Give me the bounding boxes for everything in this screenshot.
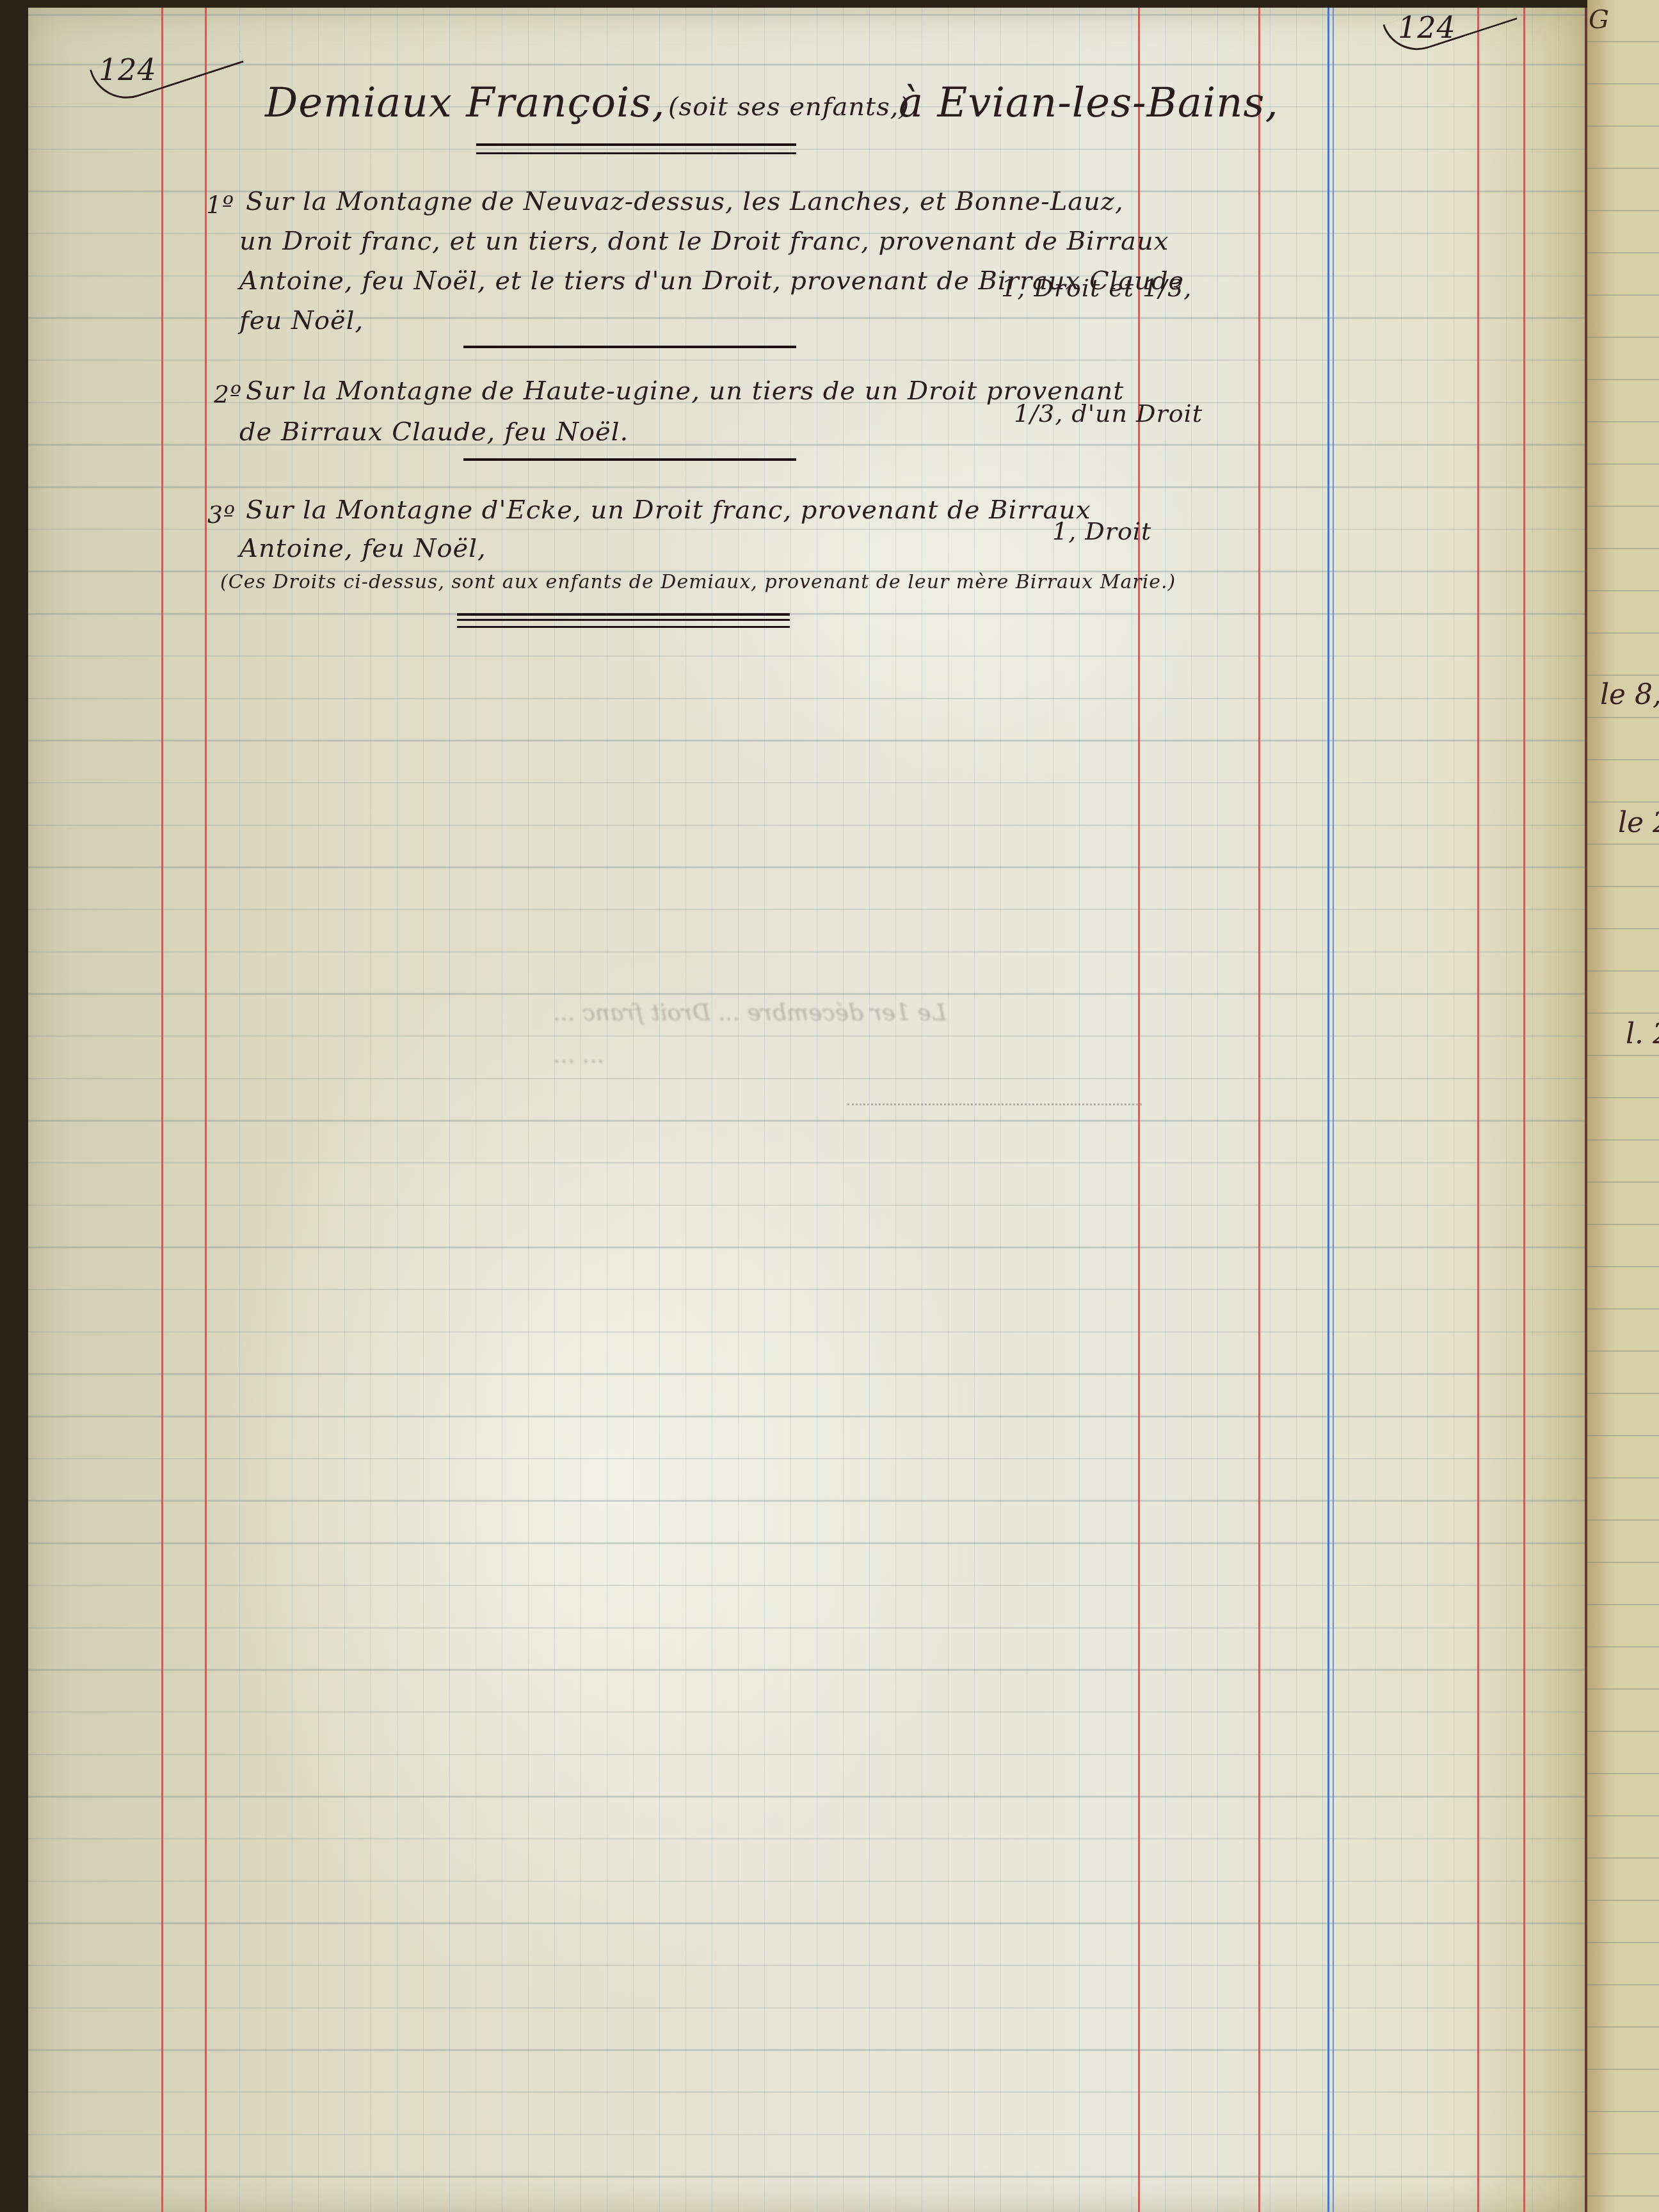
margin-note-value: l. 2: [1626, 1018, 1659, 1050]
margin-note-value: le 8, 2: [1600, 678, 1659, 711]
entry-separator: [463, 458, 796, 461]
adjacent-page-corner-note: G: [1589, 5, 1610, 35]
column-rule-blue-2: [1333, 8, 1334, 2212]
entry-separator: [463, 346, 796, 348]
margin-note-value: le 29: [1618, 806, 1659, 839]
margin-note: l. 2o: [1626, 1018, 1659, 1050]
margin-note: le 8, 2op: [1600, 678, 1659, 711]
owner-name: Demiaux François,: [265, 79, 666, 127]
entry-number: 2º: [214, 380, 242, 408]
entry-quantity: 1, Droit: [1052, 517, 1151, 545]
column-rule-text-end: [1138, 8, 1140, 2212]
margin-note: le 29op: [1618, 806, 1659, 839]
bleed-through-underline: [847, 1103, 1142, 1105]
entry-line: Sur la Montagne de Neuvaz-dessus, les La…: [246, 187, 1124, 216]
entry-line: feu Noël,: [239, 306, 364, 335]
entry-line: de Birraux Claude, feu Noël.: [239, 417, 629, 447]
vertical-grid-amount-columns: [1139, 8, 1581, 2212]
entry-quantity: 1/3, d'un Droit: [1014, 399, 1203, 428]
entry-line: Sur la Montagne d'Ecke, un Droit franc, …: [246, 495, 1091, 525]
entry-line: Sur la Montagne de Haute-ugine, un tiers…: [246, 376, 1124, 406]
owner-qualifier: (soit ses enfants,): [668, 92, 910, 122]
header-underline: [476, 143, 796, 154]
column-rule-3: [1477, 8, 1479, 2212]
column-rule-2: [1258, 8, 1260, 2212]
column-rule-blue-1: [1327, 8, 1329, 2212]
margin-rule-left-2: [205, 8, 207, 2212]
entry-quantity: 1, Droit et 1/3,: [1001, 274, 1192, 302]
entry-number: 1º: [206, 191, 234, 219]
adjacent-page: G le 8, 2op le 29op l. 2o: [1587, 0, 1659, 2212]
entry-number: 3º: [207, 501, 236, 529]
owner-place: à Evian-les-Bains,: [899, 79, 1279, 127]
bleed-through-text: ... ...: [553, 1042, 604, 1068]
entry-end-triple-underline: [457, 613, 790, 628]
entry-line: Antoine, feu Noël,: [239, 534, 486, 563]
margin-rule-left-1: [161, 8, 163, 2212]
ledger-page: 124 124 Demiaux François, (soit ses enfa…: [28, 8, 1587, 2212]
bleed-through-text: Le 1er décembre ... Droit franc ...: [553, 1000, 947, 1026]
entry-line: un Droit franc, et un tiers, dont le Dro…: [239, 227, 1169, 256]
vertical-grid-text-area: [214, 8, 1135, 2212]
entry-note: (Ces Droits ci-dessus, sont aux enfants …: [220, 571, 1176, 593]
column-rule-4: [1523, 8, 1525, 2212]
